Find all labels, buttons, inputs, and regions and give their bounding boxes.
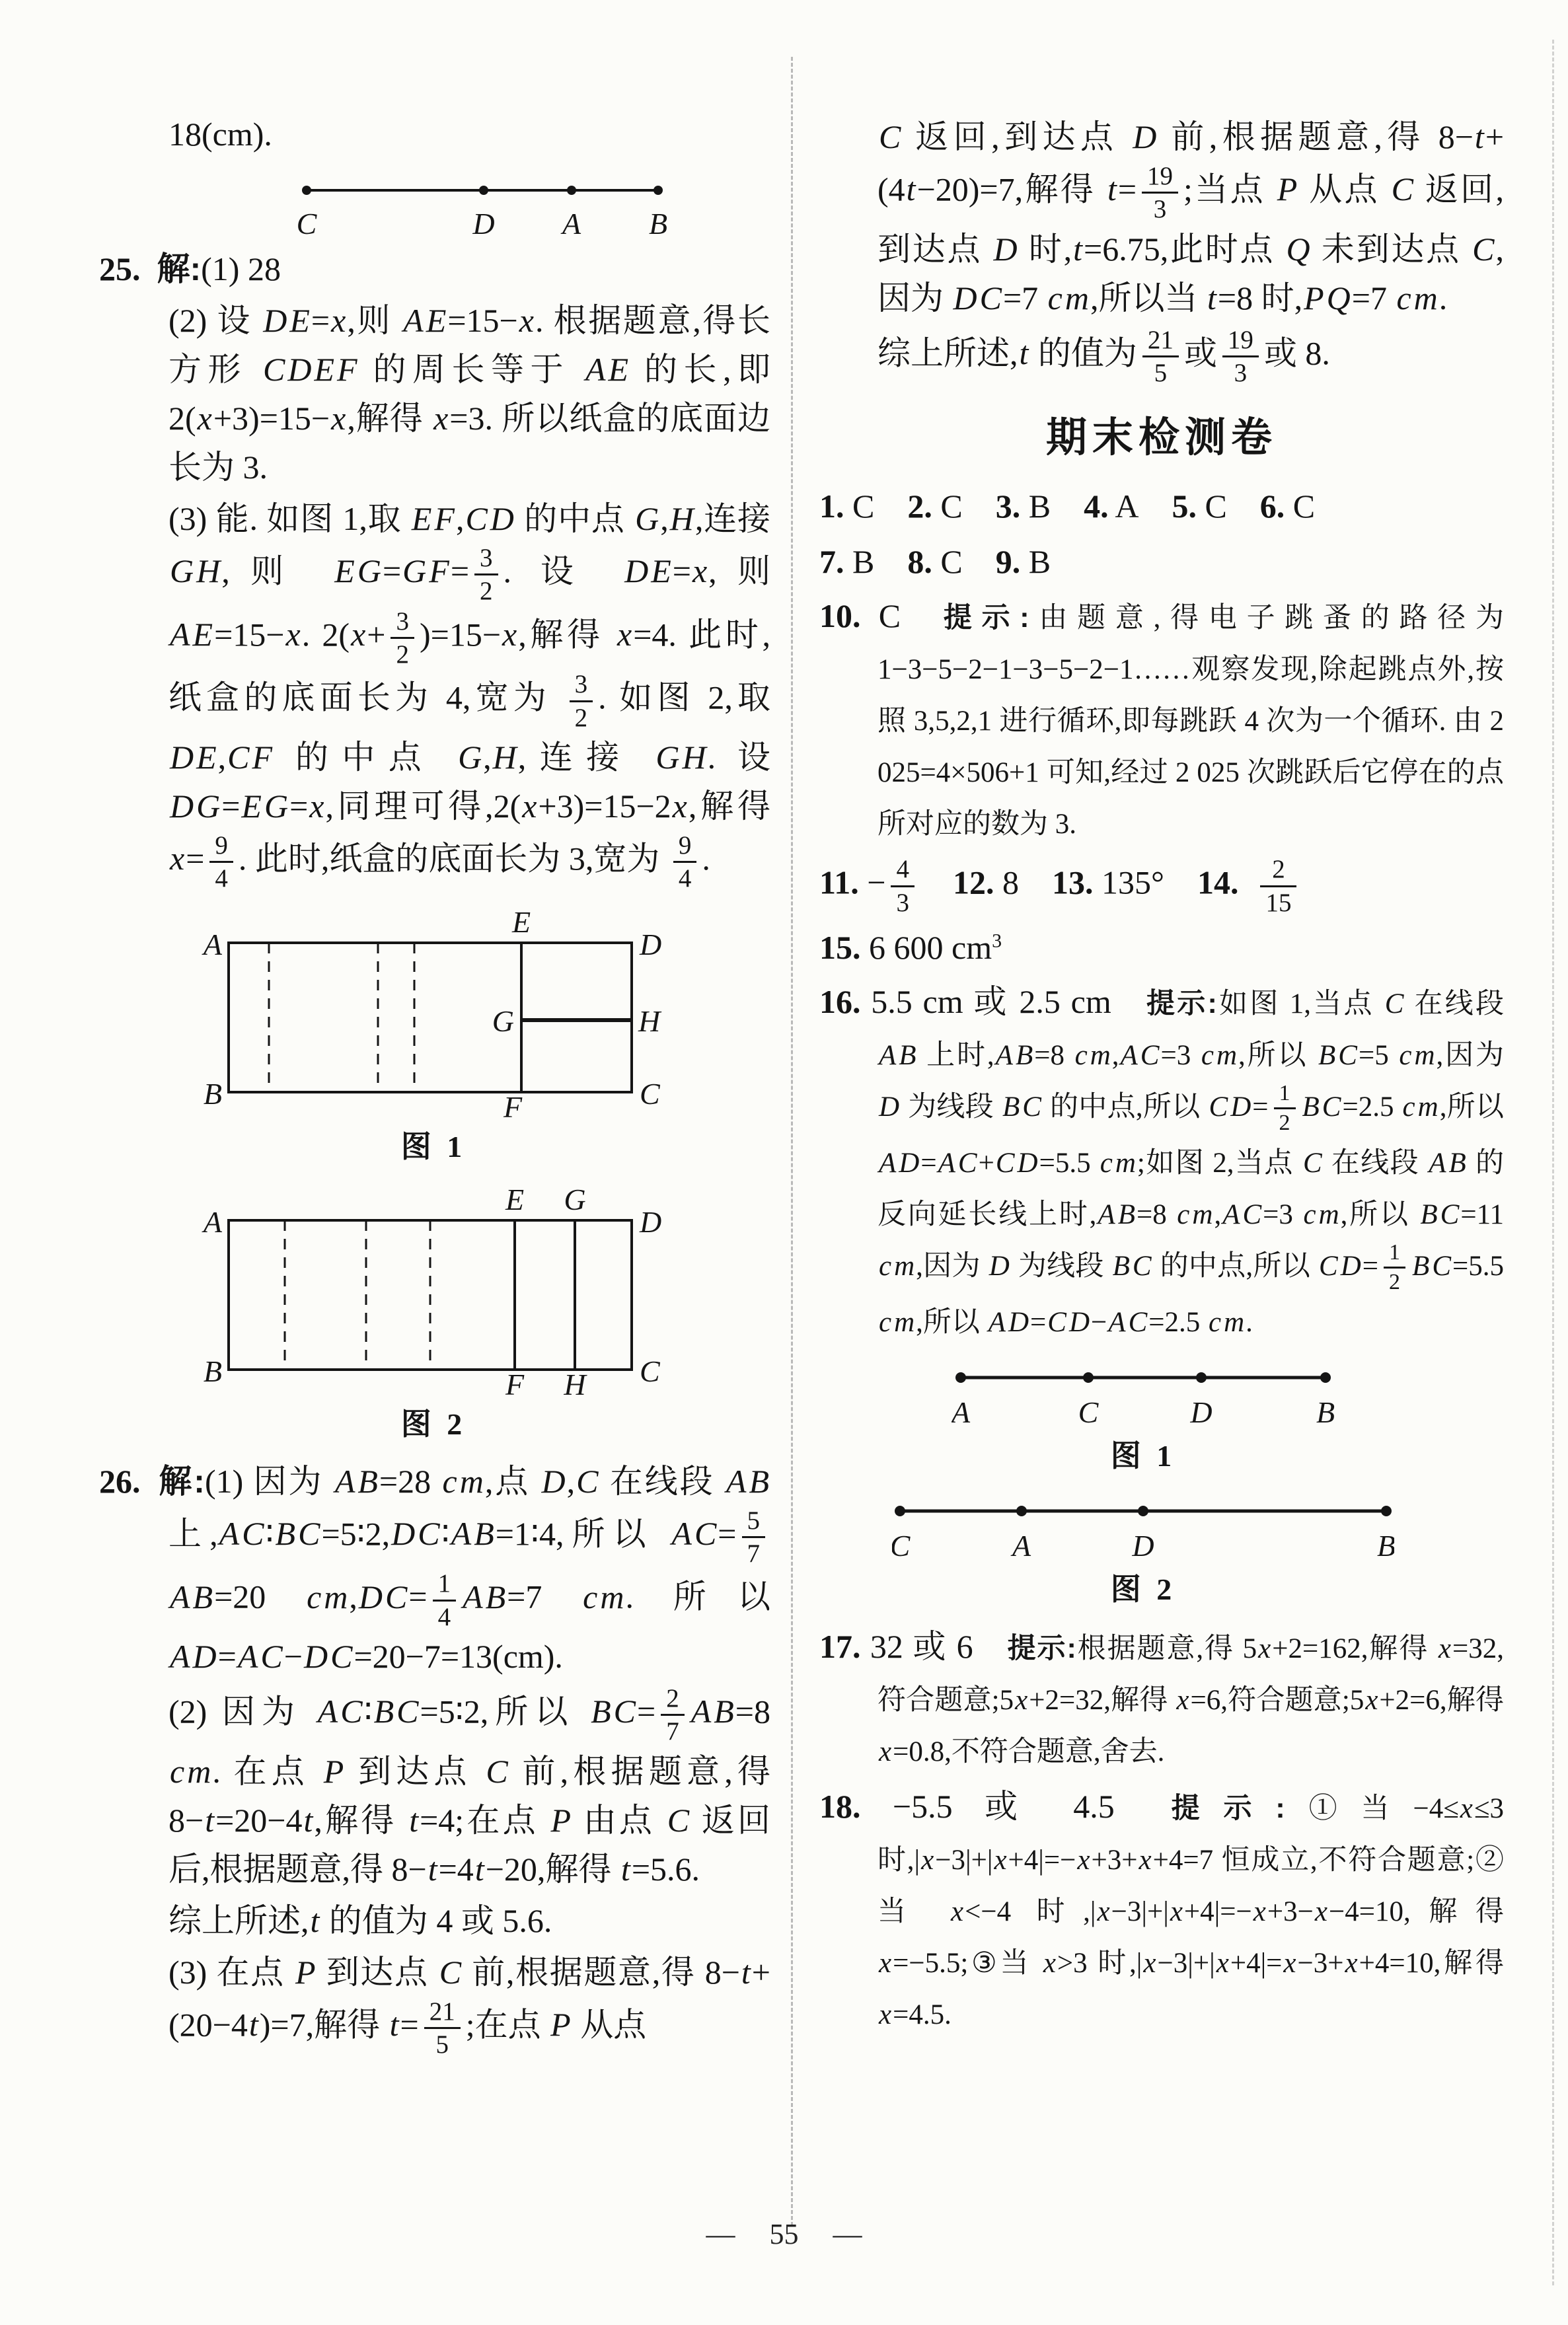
numberline-figure-1-caption: 图 1 <box>952 1432 1335 1481</box>
segment-diagram-cdab-wrap: C D A B <box>297 170 667 240</box>
answers-row-7-9: 7. B 8. C 9. B <box>819 537 1504 586</box>
numberline-figure-2: C A D B <box>892 1493 1394 1563</box>
segment-diagram-cdab: C D A B <box>297 170 667 240</box>
answer-item-17: 17. 32 或 6 提示:根据题意,得 5x+2=162,解得 x=32,符合… <box>819 1622 1504 1777</box>
point-label: C <box>1078 1395 1100 1429</box>
problem-26: 26. 解:(1) 因为 AB=28 cm,点 D,C 在线段 AB 上,AC∶… <box>99 1457 770 2060</box>
point-dot <box>1196 1372 1207 1383</box>
point-label: F <box>503 1090 523 1120</box>
answer-item-18: 18. −5.5 或 4.5 提示:①当−4≤x≤3 时,|x−3|+|x+4|… <box>819 1782 1504 2040</box>
problem-26-part-2: (2) 因为 AC∶BC=5∶2,所以 BC=27AB=8 cm. 在点 P 到… <box>168 1683 770 1894</box>
point-label: C <box>892 1529 911 1563</box>
point-label: C <box>297 207 318 240</box>
numberline-figure-1: A C D B <box>952 1359 1335 1429</box>
answers-row-1-6: 1. C 2. C 3. B 4. A 5. C 6. C <box>819 482 1504 531</box>
net-figure-1: A D B C E F G H <box>194 906 673 1120</box>
point-label: B <box>649 207 667 240</box>
point-label: D <box>639 928 661 961</box>
column-divider <box>791 57 793 2226</box>
problem-26-part-3: (3) 在点 P 到达点 C 前,根据题意,得 8−t+(20−4t)=7,解得… <box>168 1948 770 2060</box>
right-column: C 返回,到达点 D 前,根据题意,得 8−t+(4t−20)=7,解得 t=1… <box>819 110 1504 2040</box>
point-dot <box>567 186 576 195</box>
workbook-answer-page: 18(cm). C D A B 25. 解:(1) 28 (2) 设 DE=x,… <box>0 0 1568 2325</box>
problem-26-final-summary: 综上所述,t 的值为215或193或 8. <box>819 325 1504 388</box>
answer-item-10: 10. C 提示:由题意,得电子跳蚤的路径为 1−3−5−2−1−3−5−2−1… <box>819 591 1504 849</box>
point-label: F <box>505 1368 525 1397</box>
page-edge-line <box>1552 40 1554 2285</box>
point-label: B <box>204 1077 222 1111</box>
point-label: B <box>1377 1529 1394 1563</box>
answer-item-16: 16. 5.5 cm 或 2.5 cm 提示:如图 1,当点 C 在线段 AB … <box>819 977 1504 1347</box>
point-label: D <box>472 207 494 240</box>
problem-25: 25. 解:(1) 28 (2) 设 DE=x,则 AE=15−x. 根据题意,… <box>99 244 770 894</box>
point-dot <box>955 1372 966 1383</box>
answer-item-15: 15. 6 600 cm3 <box>819 923 1504 972</box>
point-dot <box>1016 1506 1027 1516</box>
net-figure-2: A D B C E G F H <box>194 1183 673 1397</box>
point-label: H <box>563 1368 587 1397</box>
point-dot <box>1138 1506 1148 1516</box>
page-number-dash: — <box>833 2218 862 2250</box>
point-label: C <box>640 1354 661 1388</box>
problem-25-part-3: (3) 能. 如图 1,取 EF,CD 的中点 G,H,连接 GH,则 EG=G… <box>168 494 770 894</box>
point-label: D <box>639 1205 661 1239</box>
point-dot <box>479 186 488 195</box>
point-dot <box>895 1506 905 1516</box>
net-figure-2-caption: 图 2 <box>194 1400 673 1449</box>
point-label: H <box>638 1004 662 1038</box>
point-label: G <box>492 1004 514 1038</box>
problem-25-part-2: (2) 设 DE=x,则 AE=15−x. 根据题意,得长方形 CDEF 的周长… <box>168 296 770 492</box>
point-label: A <box>560 207 581 240</box>
point-dot <box>653 186 663 195</box>
point-dot <box>1083 1372 1094 1383</box>
numberline-figure-2-wrap: C A D B 图 2 <box>892 1493 1394 1614</box>
point-dot <box>1320 1372 1331 1383</box>
point-label: G <box>564 1183 585 1216</box>
continuation-line: 18(cm). <box>99 110 770 159</box>
point-label: D <box>1131 1529 1154 1563</box>
net-figure-1-caption: 图 1 <box>194 1123 673 1171</box>
point-label: A <box>202 928 223 961</box>
page-number-value: 55 <box>770 2218 799 2250</box>
answers-row-11-14: 11. −43 12. 8 13. 135° 14. 215 <box>819 854 1504 918</box>
point-label: D <box>1189 1395 1212 1429</box>
numberline-figure-2-caption: 图 2 <box>892 1565 1394 1614</box>
point-dot <box>302 186 311 195</box>
point-label: B <box>1316 1395 1335 1429</box>
point-label: E <box>511 906 531 939</box>
point-label: A <box>1010 1529 1031 1563</box>
point-label: A <box>952 1395 971 1429</box>
problem-26-head: 26. 解:(1) 因为 AB=28 cm,点 D,C 在线段 AB 上,AC∶… <box>168 1457 770 1681</box>
point-label: B <box>204 1354 222 1388</box>
page-number-dash: — <box>706 2218 735 2250</box>
point-label: C <box>640 1077 661 1111</box>
net-outline <box>229 943 632 1092</box>
left-column: 18(cm). C D A B 25. 解:(1) 28 (2) 设 DE=x,… <box>99 110 770 2059</box>
point-label: E <box>505 1183 524 1216</box>
exam-section-title: 期末检测卷 <box>819 412 1504 464</box>
net-figure-2-wrap: A D B C E G F H 图 2 <box>194 1183 673 1449</box>
numberline-figure-1-wrap: A C D B 图 1 <box>952 1359 1335 1481</box>
problem-25-head: 25. 解:(1) 28 <box>168 244 770 293</box>
problem-26-summary: 综上所述,t 的值为 4 或 5.6. <box>168 1896 770 1945</box>
page-number: —55— <box>0 2210 1568 2259</box>
point-label: A <box>202 1205 223 1239</box>
net-figure-1-wrap: A D B C E F G H 图 1 <box>194 906 673 1171</box>
point-dot <box>1381 1506 1392 1516</box>
problem-26-continuation: C 返回,到达点 D 前,根据题意,得 8−t+(4t−20)=7,解得 t=1… <box>819 112 1504 322</box>
